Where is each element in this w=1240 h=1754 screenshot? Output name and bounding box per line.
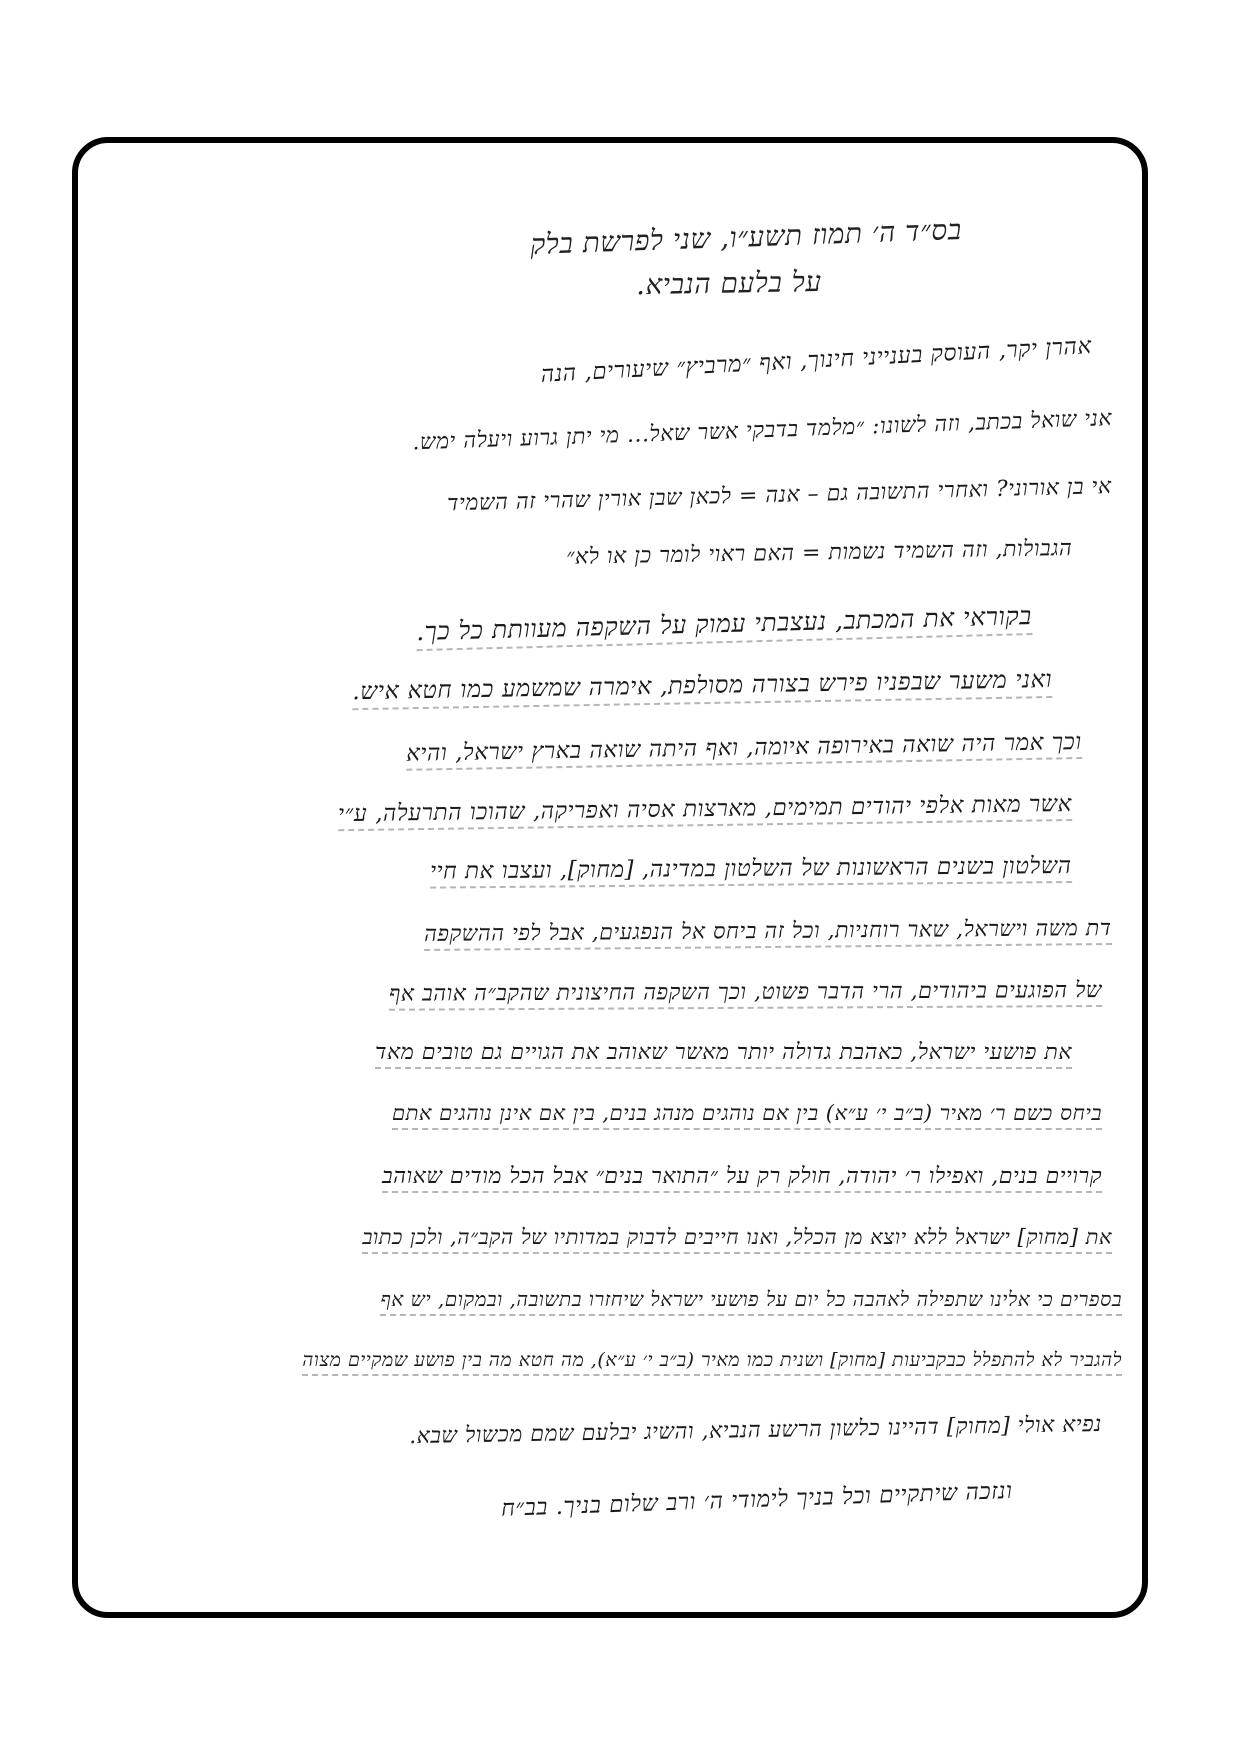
page-frame: בס״ד ה׳ תמוז תשע״ו, שני לפרשת בלק על בלע… — [72, 137, 1148, 1618]
body-line-10: דת משה וישראל, שאר רוחניות, וכל זה ביחס … — [424, 915, 1112, 951]
body-line-1: אהרן יקר, העוסק בענייני חינוך, ואף ״מרבי… — [540, 333, 1092, 388]
body-line-16: בספרים כי אלינו שתפילה לאהבה כל יום על פ… — [380, 1287, 1122, 1316]
body-line-9: השלטון בשנים הראשונות של השלטון במדינה, … — [430, 853, 1072, 889]
body-line-4: הגבולות, וזה השמיד נשמות = האם ראוי לומר… — [566, 535, 1073, 570]
body-line-14: קרויים בנים, ואפילו ר׳ יהודה, חולק רק על… — [382, 1163, 1102, 1193]
body-line-15: את [מחוק] ישראל ללא יוצא מן הכלל, ואנו ח… — [362, 1225, 1112, 1254]
body-line-11: של הפוגעים ביהודים, הרי הדבר פשוט, וכך ה… — [389, 977, 1102, 1011]
body-line-12: את פושעי ישראל, כאהבת גדולה יותר מאשר שא… — [375, 1039, 1072, 1069]
body-line-7: וכך אמר היה שואה באירופה איומה, ואף היתה… — [406, 729, 1082, 771]
letter-page: בס״ד ה׳ תמוז תשע״ו, שני לפרשת בלק על בלע… — [78, 143, 1142, 1612]
body-line-13: ביחס כשם ר׳ מאיר (ב״ב י׳ ע״א) בין אם נוה… — [392, 1101, 1102, 1130]
body-line-19: ונזכה שיתקיים וכל בניך לימודי ה׳ ורב שלו… — [500, 1478, 1012, 1522]
body-line-6: ואני משער שבפניו פירש בצורה מסולפת, אימר… — [352, 665, 1053, 710]
header-title-line: על בלעם הנביא. — [636, 265, 822, 302]
body-line-8: אשר מאות אלפי יהודים תמימים, מארצות אסיה… — [338, 791, 1072, 831]
body-line-18: נפיא אולי [מחוק] דהיינו כלשון הרשע הנביא… — [409, 1411, 1102, 1449]
body-line-5: בקוראי את המכתב, נעצבתי עמוק על השקפה מע… — [416, 601, 1032, 651]
header-date-line: בס״ד ה׳ תמוז תשע״ו, שני לפרשת בלק — [530, 213, 963, 262]
body-line-3: אי בן אורוני? ואחרי התשובה גם – אנה = לכ… — [447, 473, 1112, 516]
body-line-17: להגביר לא להתפלל כבקביעות [מחוק] ושנית כ… — [302, 1349, 1122, 1376]
body-line-2: אני שואל בכתב, וזה לשונו: ״מלמד בדבקי אש… — [412, 405, 1112, 455]
